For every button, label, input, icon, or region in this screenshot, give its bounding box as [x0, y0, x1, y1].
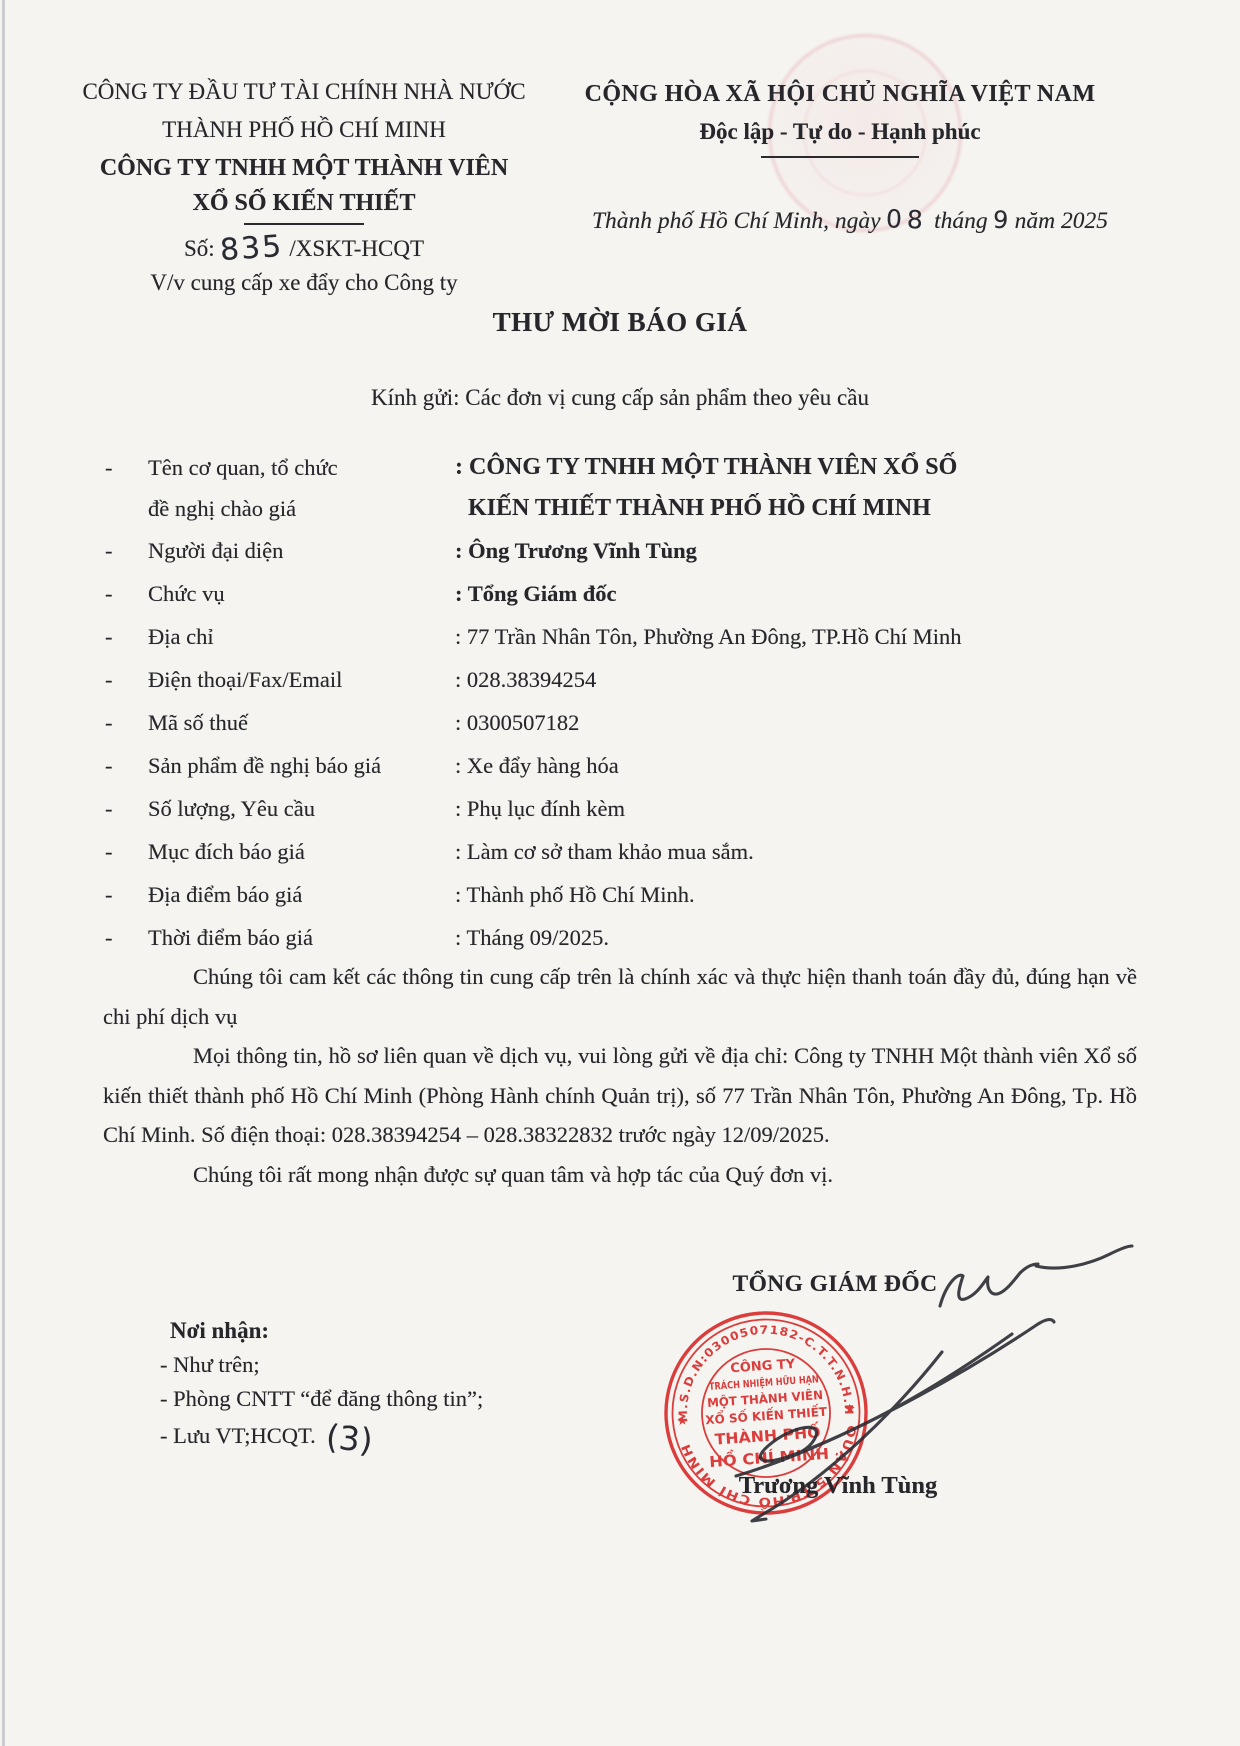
- field-value: : Phụ lục đính kèm: [455, 787, 1140, 830]
- field-row: - Sản phẩm đề nghị báo giá : Xe đẩy hàng…: [105, 744, 1140, 787]
- field-row: - Người đại diện : Ông Trương Vĩnh Tùng: [105, 529, 1140, 572]
- field-label-line1: Tên cơ quan, tổ chức: [148, 447, 455, 488]
- document-number-suffix: /XSKT-HCQT: [289, 236, 424, 261]
- bullet-dash: -: [105, 873, 148, 916]
- bullet-dash: -: [105, 830, 148, 873]
- parent-company-line2: THÀNH PHỐ HỒ CHÍ MINH: [58, 114, 550, 145]
- document-number-handwritten: 835: [219, 229, 285, 269]
- field-label: Địa điểm báo giá: [148, 873, 455, 916]
- recipients-heading: Nơi nhận:: [160, 1314, 483, 1348]
- field-value: : Tổng Giám đốc: [455, 572, 1140, 615]
- field-value: : Làm cơ sở tham khảo mua sắm.: [455, 830, 1140, 873]
- field-value: : 028.38394254: [455, 658, 1140, 701]
- recipient-item: - Lưu VT;HCQT.(3): [160, 1415, 483, 1453]
- signature-scribble: [940, 1264, 1038, 1306]
- date-middle: tháng: [934, 208, 988, 234]
- field-label: Chức vụ: [148, 572, 455, 615]
- recipient-item: - Như trên;: [160, 1348, 483, 1382]
- parent-company-line1: CÔNG TY ĐẦU TƯ TÀI CHÍNH NHÀ NƯỚC: [58, 76, 550, 107]
- date-line: Thành phố Hồ Chí Minh, ngày 08 tháng 9 n…: [545, 203, 1155, 238]
- field-label-line2: đề nghị chào giá: [148, 488, 455, 529]
- company-underline: [244, 223, 364, 225]
- field-label: Điện thoại/Fax/Email: [148, 658, 455, 701]
- field-value: : Ông Trương Vĩnh Tùng: [455, 529, 1140, 572]
- paragraph-commitment: Chúng tôi cam kết các thông tin cung cấp…: [103, 957, 1137, 1036]
- date-prefix: Thành phố Hồ Chí Minh, ngày: [592, 208, 881, 234]
- field-label: Người đại diện: [148, 529, 455, 572]
- salutation-line: Kính gửi: Các đơn vị cung cấp sản phẩm t…: [0, 385, 1240, 411]
- signature-stroke-up: [736, 1320, 1054, 1476]
- field-row: - Chức vụ : Tổng Giám đốc: [105, 572, 1140, 615]
- field-row: - Thời điểm báo giá : Tháng 09/2025.: [105, 916, 1140, 959]
- motto-underline: [761, 156, 919, 158]
- scan-edge-artifact: [2, 0, 5, 1746]
- paragraph-closing: Chúng tôi rất mong nhận được sự quan tâm…: [103, 1155, 1137, 1195]
- date-month-handwritten: 9: [993, 203, 1010, 238]
- signature-stroke-down: [760, 1334, 1012, 1461]
- bullet-dash: -: [105, 529, 148, 572]
- company-name-line1: CÔNG TY TNHH MỘT THÀNH VIÊN: [58, 152, 550, 184]
- bullet-dash: -: [105, 658, 148, 701]
- date-day-handwritten: 08: [886, 202, 929, 237]
- recipients-block: Nơi nhận: - Như trên; - Phòng CNTT “để đ…: [160, 1314, 483, 1453]
- field-row: - Mã số thuế : 0300507182: [105, 701, 1140, 744]
- national-motto-line2: Độc lập - Tự do - Hạnh phúc: [575, 116, 1105, 148]
- bullet-dash: -: [105, 744, 148, 787]
- national-header: CỘNG HÒA XÃ HỘI CHỦ NGHĨA VIỆT NAM Độc l…: [575, 78, 1105, 158]
- handwritten-copy-count: (3): [324, 1420, 374, 1458]
- field-row: - Điện thoại/Fax/Email : 028.38394254: [105, 658, 1140, 701]
- field-value: : Thành phố Hồ Chí Minh.: [455, 873, 1140, 916]
- bullet-dash: -: [105, 572, 148, 615]
- signer-name: Trương Vĩnh Tùng: [688, 1472, 988, 1500]
- scanned-document-page: CÔNG TY ĐẦU TƯ TÀI CHÍNH NHÀ NƯỚC THÀNH …: [0, 0, 1240, 1746]
- bullet-dash: -: [105, 701, 148, 744]
- field-label: Mã số thuế: [148, 701, 455, 744]
- field-value: : Xe đẩy hàng hóa: [455, 744, 1140, 787]
- field-label: Thời điểm báo giá: [148, 916, 455, 959]
- document-title: THƯ MỜI BÁO GIÁ: [0, 307, 1240, 338]
- field-label: Địa chỉ: [148, 615, 455, 658]
- signature-ink: [640, 1220, 1180, 1560]
- field-row: - Địa điểm báo giá : Thành phố Hồ Chí Mi…: [105, 873, 1140, 916]
- document-subject: V/v cung cấp xe đẩy cho Công ty: [58, 267, 550, 299]
- body-paragraphs: Chúng tôi cam kết các thông tin cung cấp…: [103, 957, 1137, 1194]
- field-row: - Số lượng, Yêu cầu : Phụ lục đính kèm: [105, 787, 1140, 830]
- paragraph-contact: Mọi thông tin, hồ sơ liên quan về dịch v…: [103, 1036, 1137, 1155]
- bullet-dash: -: [105, 916, 148, 959]
- field-label: Mục đích báo giá: [148, 830, 455, 873]
- document-number-label: Số:: [184, 236, 215, 261]
- date-suffix: năm 2025: [1015, 208, 1108, 234]
- recipient-item-text: - Lưu VT;HCQT.: [160, 1423, 316, 1448]
- bullet-dash: -: [105, 615, 148, 658]
- company-name-line2: XỔ SỐ KIẾN THIẾT: [58, 187, 550, 219]
- signature-tail: [1036, 1246, 1132, 1268]
- field-value: : Tháng 09/2025.: [455, 916, 1140, 959]
- field-value: : 77 Trần Nhân Tôn, Phường An Đông, TP.H…: [455, 615, 1140, 658]
- recipient-item: - Phòng CNTT “để đăng thông tin”;: [160, 1382, 483, 1416]
- field-label: Sản phẩm đề nghị báo giá: [148, 744, 455, 787]
- bullet-dash: -: [105, 447, 148, 529]
- field-label: Số lượng, Yêu cầu: [148, 787, 455, 830]
- field-value-line1: : CÔNG TY TNHH MỘT THÀNH VIÊN XỔ SỐ: [455, 447, 1140, 488]
- field-row: - Mục đích báo giá : Làm cơ sở tham khảo…: [105, 830, 1140, 873]
- document-number-line: Số: 835 /XSKT-HCQT: [58, 229, 550, 267]
- issuer-header: CÔNG TY ĐẦU TƯ TÀI CHÍNH NHÀ NƯỚC THÀNH …: [58, 76, 550, 299]
- field-value: : 0300507182: [455, 701, 1140, 744]
- field-row: - Địa chỉ : 77 Trần Nhân Tôn, Phường An …: [105, 615, 1140, 658]
- field-row: - Tên cơ quan, tổ chức đề nghị chào giá …: [105, 447, 1140, 529]
- field-list: - Tên cơ quan, tổ chức đề nghị chào giá …: [105, 447, 1140, 959]
- field-label: Tên cơ quan, tổ chức đề nghị chào giá: [148, 447, 455, 529]
- bullet-dash: -: [105, 787, 148, 830]
- field-value-line2: KIẾN THIẾT THÀNH PHỐ HỒ CHÍ MINH: [455, 488, 1140, 529]
- field-value: : CÔNG TY TNHH MỘT THÀNH VIÊN XỔ SỐ KIẾN…: [455, 447, 1140, 529]
- national-motto-line1: CỘNG HÒA XÃ HỘI CHỦ NGHĨA VIỆT NAM: [575, 78, 1105, 110]
